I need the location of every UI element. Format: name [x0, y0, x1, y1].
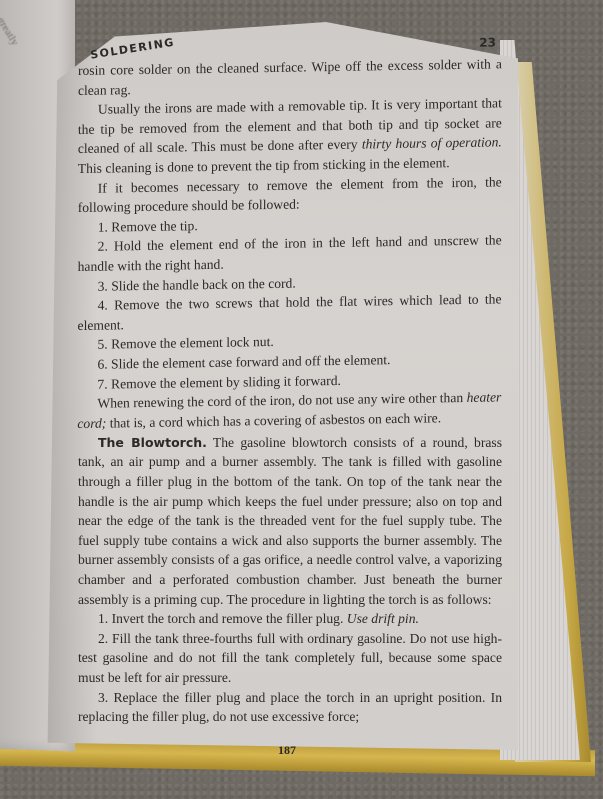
- paragraph: If it becomes necessary to remove the el…: [78, 172, 502, 218]
- paragraph: rosin core solder on the cleaned surface…: [78, 54, 502, 100]
- paragraph: When renewing the cord of the iron, do n…: [77, 387, 501, 433]
- list-item: 1. Invert the torch and remove the fille…: [78, 609, 502, 629]
- emphasis: Use drift pin.: [347, 611, 419, 626]
- emphasis: thirty hours of operation.: [362, 134, 502, 151]
- list-item: 3. Replace the filler plug and place the…: [78, 688, 502, 727]
- paragraph: The Blowtorch. The gasoline blowtorch co…: [78, 433, 502, 609]
- page-content: SOLDERING 23 rosin core solder on the cl…: [78, 40, 502, 760]
- section-heading: The Blowtorch.: [98, 435, 207, 450]
- list-item: 2. Fill the tank three-fourths full with…: [78, 629, 502, 688]
- paragraph: Usually the irons are made with a remova…: [78, 93, 502, 178]
- list-item: 4. Remove the two screws that hold the f…: [78, 289, 502, 335]
- list-item: 2. Hold the element end of the iron in t…: [78, 230, 502, 276]
- page-number: 187: [72, 741, 502, 761]
- upper-text-block: rosin core solder on the cleaned surface…: [77, 54, 502, 433]
- running-head-page-number: 23: [479, 33, 496, 53]
- left-page-text: g is greatly solution ulty tinned of bef…: [0, 0, 38, 106]
